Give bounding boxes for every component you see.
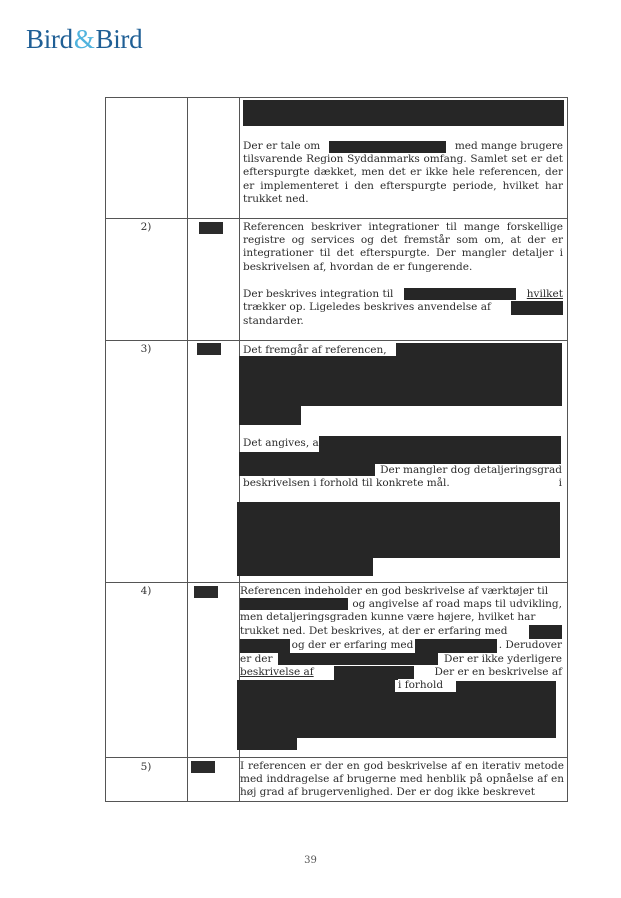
row-divider — [105, 340, 568, 341]
redaction-block — [334, 666, 414, 680]
redaction-block — [404, 288, 516, 300]
table-border-top — [105, 97, 568, 98]
redaction-block — [237, 692, 556, 738]
row-number: 4) — [105, 585, 187, 597]
table-border-bottom — [105, 801, 568, 802]
row-divider — [105, 582, 568, 583]
row-number: 2) — [105, 221, 187, 233]
redaction-block — [237, 502, 560, 558]
redaction-block — [237, 556, 373, 576]
document-page: Bird&Bird Der er tale ommed mange bruger… — [0, 0, 621, 898]
row-2-paragraph-1: Referencen beskriver integrationer til m… — [243, 221, 563, 274]
redaction-block — [237, 680, 395, 692]
redaction-block — [240, 598, 348, 610]
redaction-block — [329, 141, 446, 153]
column-divider — [187, 97, 188, 802]
table-border-left — [105, 97, 106, 802]
bird-and-bird-logo: Bird&Bird — [26, 24, 142, 55]
redaction-block — [415, 639, 497, 653]
row-5-paragraph: I referencen er der en god beskrivelse a… — [240, 760, 564, 800]
redaction-block — [529, 625, 562, 639]
score-redaction — [191, 761, 215, 773]
row-1-text: Der er tale ommed mange brugere tilsvare… — [243, 140, 563, 206]
redaction-block — [243, 100, 564, 126]
redaction-block — [511, 301, 563, 315]
redaction-block — [239, 356, 562, 406]
redaction-block — [239, 405, 301, 425]
redaction-block — [240, 639, 290, 653]
row-3-text: beskrivelsen i forhold til konkrete mål. — [243, 477, 563, 490]
score-redaction — [197, 343, 221, 355]
page-number: 39 — [0, 855, 621, 866]
redaction-block — [278, 653, 438, 665]
score-redaction — [194, 586, 218, 598]
score-redaction — [199, 222, 223, 234]
row-2-paragraph-2: Der beskrives integration tilhvilket træ… — [243, 288, 563, 328]
row-number: 5) — [105, 761, 187, 773]
row-number: 3) — [105, 343, 187, 355]
row-divider — [105, 757, 568, 758]
redaction-block — [239, 452, 375, 476]
table-border-right — [567, 97, 568, 802]
row-divider — [105, 218, 568, 219]
row-4-text: Referencen indeholder en god beskrivelse… — [240, 585, 562, 680]
redaction-block — [396, 343, 562, 357]
redaction-block — [237, 737, 297, 750]
